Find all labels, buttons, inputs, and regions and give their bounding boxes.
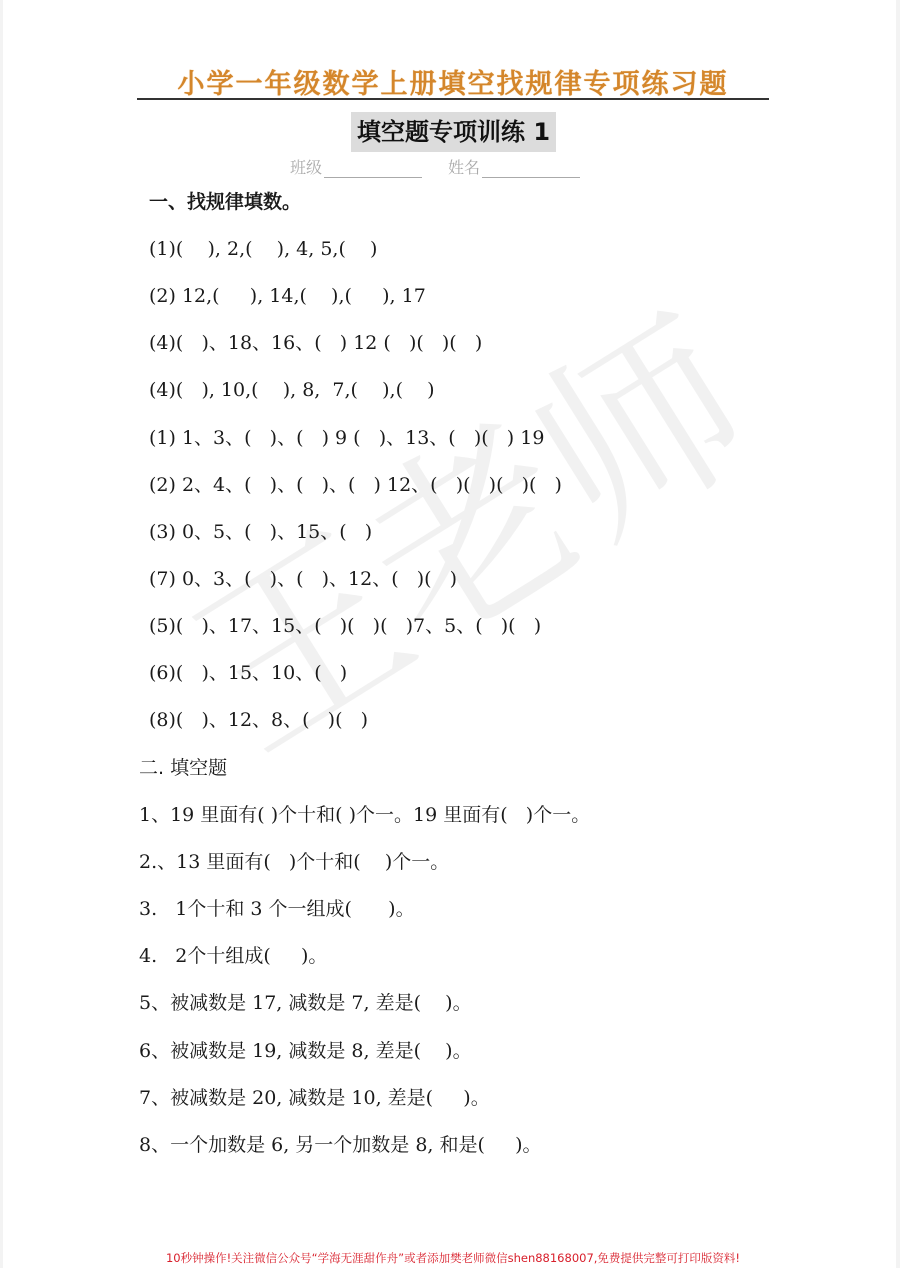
header-divider [137,98,769,100]
fill-blank-item: 5、被减数是 17, 减数是 7, 差是( )。 [139,991,472,1015]
pattern-item: (4)( ), 10,( ), 8, 7,( ),( ) [149,378,435,402]
pattern-item: (3) 0、5、( )、15、( ) [149,520,372,544]
pattern-item: (1) 1、3、( )、( ) 9 ( )、13、( )( ) 19 [149,426,544,450]
pattern-item: (5)( )、17、15、( )( )( )7、5、( )( ) [149,614,541,638]
name-field[interactable]: 姓名 [448,155,580,178]
promo-footer: 10秒钟操作!关注微信公众号“学海无涯甜作舟”或者添加樊老师微信shen8816… [3,1250,900,1266]
pattern-item: (7) 0、3、( )、( )、12、( )( ) [149,567,457,591]
class-blank[interactable] [324,159,422,178]
fill-blank-item: 7、被减数是 20, 减数是 10, 差是( )。 [139,1086,490,1110]
pattern-item: (4)( )、18、16、( ) 12 ( )( )( ) [149,331,482,355]
pattern-item: (1)( ), 2,( ), 4, 5,( ) [149,237,377,261]
section2-heading: 二. 填空题 [139,756,227,780]
fill-blank-item: 1、19 里面有( )个十和( )个一。19 里面有( )个一。 [139,803,590,827]
pattern-item: (6)( )、15、10、( ) [149,661,347,685]
fill-blank-item: 3. 1个十和 3 个一组成( )。 [139,897,415,921]
name-label: 姓名 [448,155,480,178]
fill-blank-item: 4. 2个十组成( )。 [139,944,327,968]
header-title: 小学一年级数学上册填空找规律专项练习题 [138,62,768,101]
name-blank[interactable] [482,159,580,178]
pattern-item: (2) 2、4、( )、( )、( ) 12、( )( )( )( ) [149,473,562,497]
pattern-item: (2) 12,( ), 14,( ),( ), 17 [149,284,426,308]
pattern-item: (8)( )、12、8、( )( ) [149,708,368,732]
class-field[interactable]: 班级 [290,155,422,178]
fill-blank-item: 6、被减数是 19, 减数是 8, 差是( )。 [139,1039,472,1063]
student-info-row: 班级 姓名 [290,155,580,178]
section1-heading: 一、找规律填数。 [149,190,301,214]
fill-blank-item: 2.、13 里面有( )个十和( )个一。 [139,850,449,874]
worksheet-page: 王老师 小学一年级数学上册填空找规律专项练习题 填空题专项训练 1 班级 姓名 … [3,0,896,1268]
class-label: 班级 [290,155,322,178]
fill-blank-item: 8、一个加数是 6, 另一个加数是 8, 和是( )。 [139,1133,542,1157]
sub-title: 填空题专项训练 1 [351,112,556,152]
